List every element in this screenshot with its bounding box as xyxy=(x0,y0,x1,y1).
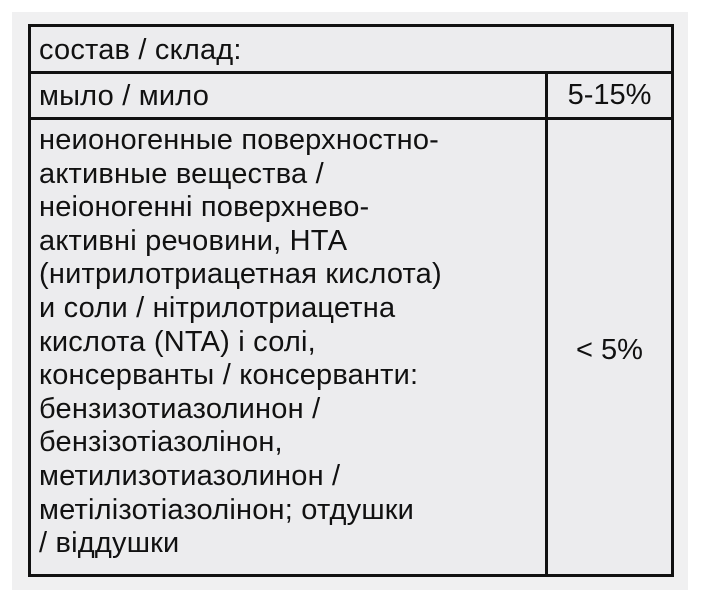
ingredient-line: бензізотіазолінон, xyxy=(39,426,545,460)
table-row: мыло / мило 5-15% xyxy=(31,74,671,120)
composition-header-row: состав / склад: xyxy=(31,27,671,74)
amount-cell: < 5% xyxy=(548,120,671,574)
composition-table: состав / склад: мыло / мило 5-15% неионо… xyxy=(28,24,674,577)
ingredient-line: метілізотіазолінон; отдушки xyxy=(39,494,545,528)
ingredient-line: метилизотиазолинон / xyxy=(39,460,545,494)
ingredient-line: неионогенные поверхностно- xyxy=(39,124,545,158)
ingredient-cell: неионогенные поверхностно- активные веще… xyxy=(31,120,548,574)
ingredient-cell: мыло / мило xyxy=(31,74,548,117)
composition-header-cell: состав / склад: xyxy=(31,27,671,71)
ingredient-amount: 5-15% xyxy=(568,79,652,112)
ingredient-line: неіоногенні поверхнево- xyxy=(39,191,545,225)
ingredient-line: бензизотиазолинон / xyxy=(39,393,545,427)
composition-header-text: состав / склад: xyxy=(39,34,242,66)
ingredient-line: / віддушки xyxy=(39,527,545,561)
ingredient-line: активні речовини, НТА xyxy=(39,225,545,259)
ingredient-line: активные вещества / xyxy=(39,158,545,192)
ingredient-line: кислота (NTA) і солі, xyxy=(39,326,545,360)
ingredient-line: и соли / нітрилотриацетна xyxy=(39,292,545,326)
table-row: неионогенные поверхностно- активные веще… xyxy=(31,120,671,574)
ingredient-name: мыло / мило xyxy=(39,80,209,112)
ingredient-line: (нитрилотриацетная кислота) xyxy=(39,258,545,292)
ingredient-amount: < 5% xyxy=(576,334,643,367)
ingredient-line: консерванты / консерванти: xyxy=(39,359,545,393)
amount-cell: 5-15% xyxy=(548,74,671,117)
